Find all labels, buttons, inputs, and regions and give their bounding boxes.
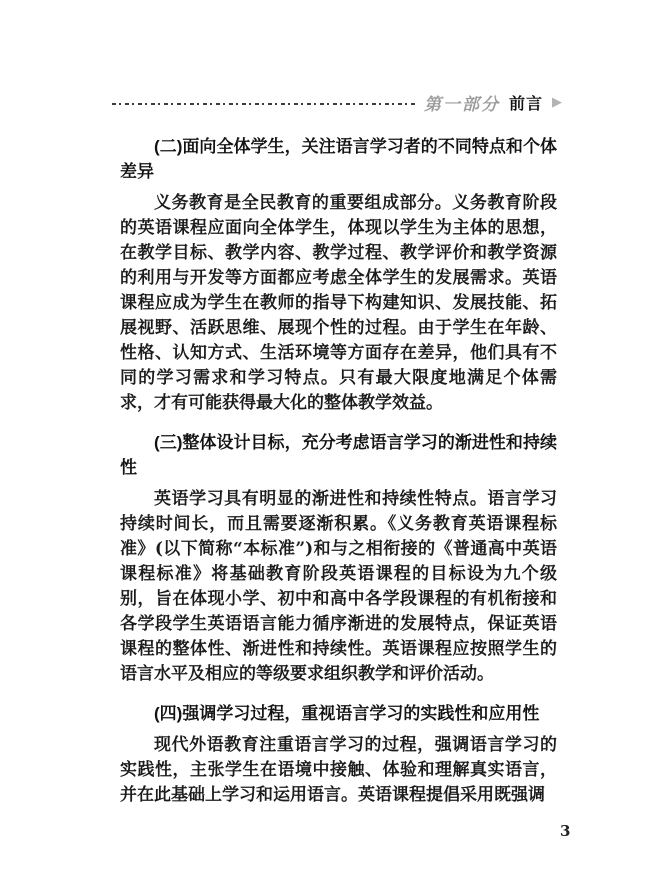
running-header: 第一部分 前言 ▶: [112, 90, 562, 115]
page-content: (二)面向全体学生，关注语言学习者的不同特点和个体差异义务教育是全民教育的重要组…: [120, 120, 557, 808]
header-dotted-rule: [112, 103, 415, 105]
body-paragraph: 英语学习具有明显的渐进性和持续性特点。语言学习持续时间长，而且需要逐渐积累。《义…: [120, 487, 557, 687]
section-heading: (三)整体设计目标，充分考虑语言学习的渐进性和持续性: [120, 430, 557, 480]
section-heading: (四)强调学习过程，重视语言学习的实践性和应用性: [120, 701, 557, 726]
section-heading: (二)面向全体学生，关注语言学习者的不同特点和个体差异: [120, 134, 557, 184]
chapter-label: 前言: [509, 91, 543, 114]
document-page: 第一部分 前言 ▶ (二)面向全体学生，关注语言学习者的不同特点和个体差异义务教…: [0, 0, 668, 891]
part-label: 第一部分: [424, 90, 500, 115]
body-paragraph: 义务教育是全民教育的重要组成部分。义务教育阶段的英语课程应面向全体学生，体现以学…: [120, 191, 557, 416]
body-paragraph: 现代外语教育注重语言学习的过程，强调语言学习的实践性，主张学生在语境中接触、体验…: [120, 733, 557, 808]
arrow-right-icon: ▶: [552, 96, 562, 109]
page-number: 3: [560, 822, 570, 840]
